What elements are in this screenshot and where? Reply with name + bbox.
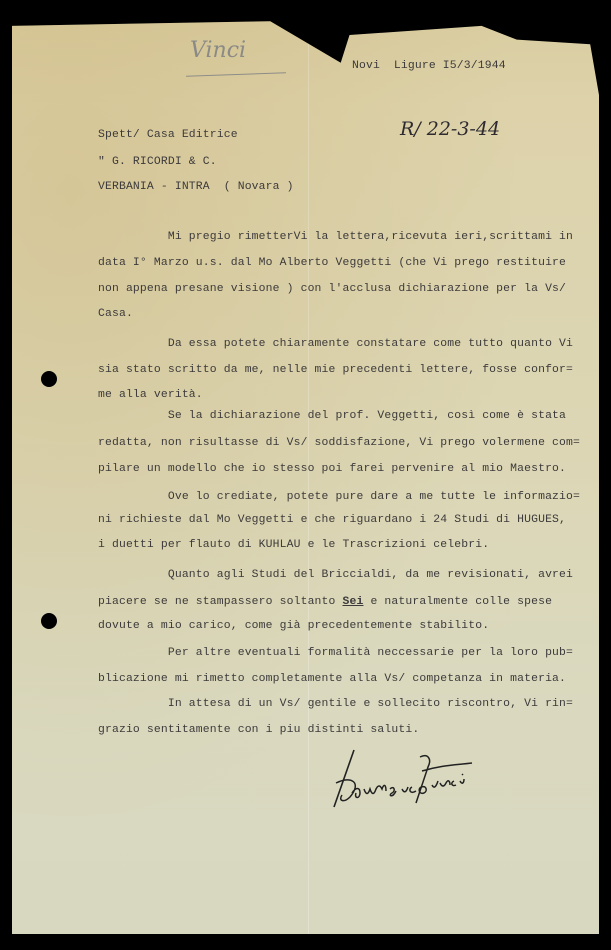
body-line: Per altre eventuali formalità neccessari…	[98, 647, 573, 659]
body-line: pilare un modello che io stesso poi fare…	[98, 463, 566, 475]
recipient-line-3: VERBANIA - INTRA ( Novara )	[98, 181, 294, 193]
recipient-line-1: Spett/ Casa Editrice	[98, 129, 238, 141]
received-stamp: R/ 22-3-44	[400, 118, 500, 140]
body-line: ni richieste dal Mo Veggetti e che rigua…	[98, 514, 566, 526]
body-line: me alla verità.	[98, 389, 203, 401]
recipient-line-2: " G. RICORDI & C.	[98, 156, 217, 168]
body-line: In attesa di un Vs/ gentile e sollecito …	[98, 698, 573, 710]
body-line: data I° Marzo u.s. dal Mo Alberto Vegget…	[98, 257, 566, 269]
body-line-with-emphasis: piacere se ne stampassero soltanto Sei e…	[98, 596, 552, 608]
pencil-annotation: Vinci	[190, 38, 246, 63]
body-line: dovute a mio carico, come già precedente…	[98, 620, 489, 632]
body-line: blicazione mi rimetto completamente alla…	[98, 673, 566, 685]
body-line: Ove lo crediate, potete pure dare a me t…	[98, 491, 580, 503]
punch-hole-top	[41, 371, 57, 387]
body-line: non appena presane visione ) con l'acclu…	[98, 283, 566, 295]
body-line: redatta, non risultasse di Vs/ soddisfaz…	[98, 437, 580, 449]
body-line: Se la dichiarazione del prof. Veggetti, …	[98, 410, 566, 422]
body-line: Da essa potete chiaramente constatare co…	[98, 338, 573, 350]
punch-hole-bottom	[41, 613, 57, 629]
body-line: sia stato scritto da me, nelle mie prece…	[98, 364, 573, 376]
body-line: Quanto agli Studi del Briccialdi, da me …	[98, 569, 573, 581]
place-date: Novi Ligure I5/3/1944	[352, 60, 506, 72]
body-line: Mi pregio rimetterVi la lettera,ricevuta…	[98, 231, 573, 243]
signature	[332, 745, 512, 815]
body-line: grazio sentitamente con i piu distinti s…	[98, 724, 419, 736]
body-text: piacere se ne stampassero soltanto	[98, 596, 343, 608]
body-text: e naturalmente colle spese	[363, 596, 552, 608]
body-line: Casa.	[98, 308, 133, 320]
body-line: i duetti per flauto di KUHLAU e le Trasc…	[98, 539, 489, 551]
emphasized-word: Sei	[343, 596, 364, 608]
signature-scribble-icon	[332, 745, 512, 815]
